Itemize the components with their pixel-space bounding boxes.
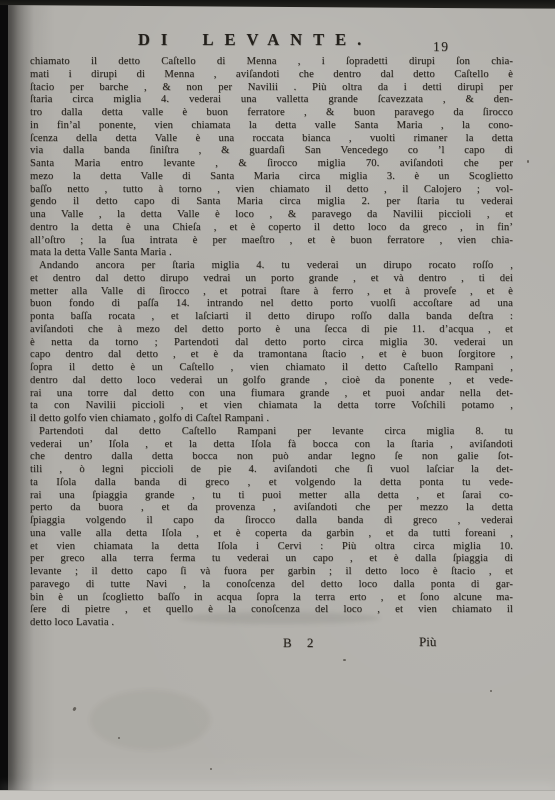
text-line: mata la detta Valle Santa Maria . [30,247,513,260]
text-line: bin è un ſcoglietto baſſo in acqua ſopra… [30,592,513,605]
text-line: et vien chiamata la detta Iſola i Cervi … [30,541,513,554]
text-line: gendo il detto capo di Santa Maria circa… [30,196,513,209]
text-line: capo dentro dal detto , et è da tramonta… [30,349,513,362]
text-line: chiamato il detto Caſtello di Menna , i … [30,56,513,69]
text-line: via dalla banda ſiniſtra , & guardaſi Sa… [30,145,513,158]
text-line: et dentro dal detto dirupo vedrai un por… [30,273,513,286]
text-line: vederai un’ Iſola , et la detta Iſola fà… [30,439,513,452]
text-line: ta con Navilii piccioli , et vien chiama… [30,400,513,413]
text-line: paravego di tutte Navi , la conoſcenza d… [30,579,513,592]
text-line: Santa Maria entro levante , & ſirocco mi… [30,158,513,171]
text-line: levante ; il detto capo ſi và fuora per … [30,566,513,579]
text-line: è netta da torno ; Partendoti dal detto … [30,337,513,350]
text-line: perto da buora , et da provenza , aviſan… [30,502,513,515]
scan-edge-left [0,0,8,792]
text-line: buon fondo di paſſa 14. intrando nel det… [30,298,513,311]
ink-speck [343,659,346,661]
text-line: all’oſtro ; la ſua intrata è per maeſtro… [30,235,513,248]
text-line: ſcenza della detta Valle è una roccata b… [30,133,513,146]
paper-smudge [90,690,210,750]
ink-speck [490,690,492,692]
text-line: che dentro dalla detta bocca non può and… [30,451,513,464]
text-line: per greco alla terra ferma tu vederai un… [30,553,513,566]
text-line: ponta baſſa rocata , et laſciarti il det… [30,311,513,324]
text-line: rai una torre dal detto con una fiumara … [30,388,513,401]
scan-edge-bottom [0,790,555,800]
text-line: mezo la detta Valle di Santa Maria circa… [30,171,513,184]
ink-speck [527,160,529,163]
ink-speck [118,737,120,739]
text-line: tili , ò legni piccioli de pie 4. aviſan… [30,464,513,477]
scan-edge-top [0,0,555,11]
text-line: Partendoti dal detto Caſtello Rampani pe… [30,426,513,439]
running-header-title: DI LEVANTE. [138,30,372,50]
text-line: ſpiaggia volgendo il capo da ſirocco dal… [30,515,513,528]
text-line: tro dalla detta valle è buon ferratore ,… [30,107,513,120]
page-number: 19 [433,39,450,55]
text-line: baſſo netto , tutto à torno , vien chiam… [30,184,513,197]
page-body-text: chiamato il detto Caſtello di Menna , i … [30,56,513,630]
text-line: mati i dirupi di Menna , aviſandoti che … [30,69,513,82]
catchword: Più [419,634,436,650]
text-line: il detto golfo vien chiamato , golfo di … [30,413,513,426]
text-line: detto loco Lavatia . [30,617,513,630]
scanned-book-page: DI LEVANTE. 19 chiamato il detto Caſtell… [0,0,555,800]
text-line: aviſandoti che à mezo del detto porto è … [30,324,513,337]
ink-speck [210,768,212,770]
text-line: ſopra il detto è un Caſtello , vien chia… [30,362,513,375]
text-line: dentro dal detto loco vederai un golfo g… [30,375,513,388]
ink-speck [72,707,77,712]
text-line: dentro la detta è una Chieſa , et è cope… [30,222,513,235]
text-line: una valle alla detta Iſola , et è copert… [30,528,513,541]
text-line: in fin’al ponente, vien chiamata la dett… [30,120,513,133]
signature-mark: B 2 [283,635,319,651]
text-line: una Valle , la detta Valle è loco , & pa… [30,209,513,222]
text-line: rai una ſpiaggia grande , tu ti puoi met… [30,490,513,503]
text-line: ſere di pietre , et quello è la conoſcen… [30,604,513,617]
text-line: ſtaria circa miglia 4. vederai una valle… [30,94,513,107]
text-line: Andando ancora per ſtaria miglia 4. tu v… [30,260,513,273]
text-line: ſtacio per barche , & non per Navilii . … [30,82,513,95]
text-line: ta Iſola dalla banda di greco , et volge… [30,477,513,490]
text-line: metter alla Valle di ſirocco , et potrai… [30,286,513,299]
